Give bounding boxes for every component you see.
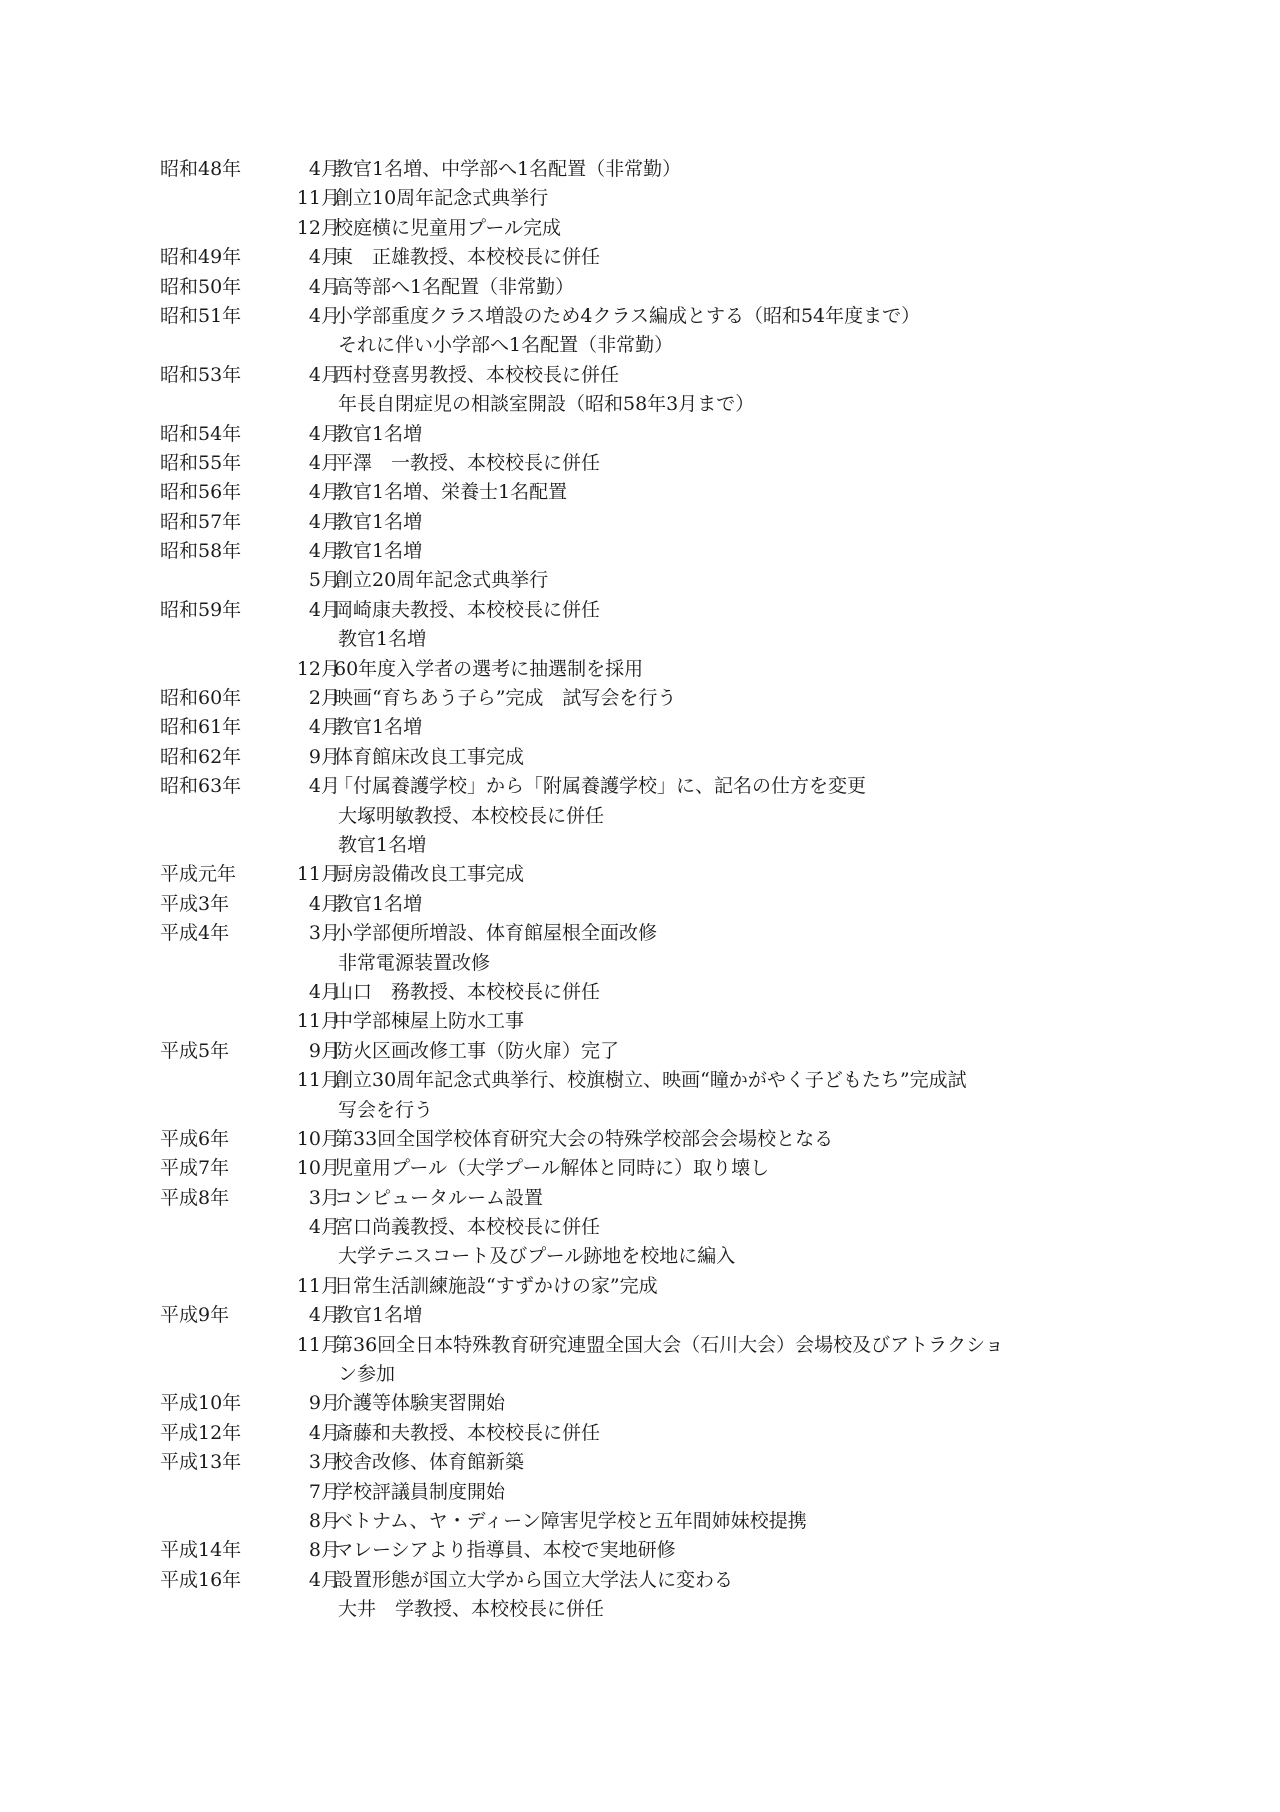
entry-text: 斎藤和夫教授、本校校長に併任: [334, 1419, 600, 1448]
entry-year: 平成6年: [160, 1125, 270, 1154]
entry-month: 9月: [260, 1389, 340, 1418]
timeline-entry: 4月宮口尚義教授、本校校長に併任: [160, 1213, 1160, 1242]
entry-year: 平成12年: [160, 1419, 270, 1448]
timeline-entry: ン参加: [160, 1360, 1160, 1389]
timeline-entry: 11月創立30周年記念式典挙行、校旗樹立、映画“瞳かがやく子どもたち”完成試: [160, 1066, 1160, 1095]
timeline-entry: 平成14年8月マレーシアより指導員、本校で実地研修: [160, 1536, 1160, 1565]
entry-text: 教官1名増: [334, 420, 422, 449]
entry-month: 5月: [260, 566, 340, 595]
entry-text: ベトナム、ヤ・ディーン障害児学校と五年間姉妹校提携: [334, 1507, 807, 1536]
entry-year: 昭和53年: [160, 361, 270, 390]
timeline-entry: 昭和55年4月平澤 一教授、本校校長に併任: [160, 449, 1160, 478]
entry-text: 学校評議員制度開始: [334, 1478, 505, 1507]
entry-month: 12月: [260, 655, 340, 684]
entry-month: 4月: [260, 361, 340, 390]
entry-text: 教官1名増: [334, 508, 422, 537]
entry-text: 高等部へ1名配置（非常勤）: [334, 273, 574, 302]
entry-year: 昭和51年: [160, 302, 270, 331]
entry-month: 4月: [260, 1566, 340, 1595]
timeline-entry: 11月中学部棟屋上防水工事: [160, 1007, 1160, 1036]
timeline-entry: 12月60年度入学者の選考に抽選制を採用: [160, 655, 1160, 684]
timeline-entry: 平成3年4月教官1名増: [160, 890, 1160, 919]
timeline-entry: 5月創立20周年記念式典挙行: [160, 566, 1160, 595]
timeline-entry: 平成元年11月厨房設備改良工事完成: [160, 860, 1160, 889]
timeline-entry: 平成8年3月コンピュータルーム設置: [160, 1184, 1160, 1213]
entry-text: 第36回全日本特殊教育研究連盟全国大会（石川大会）会場校及びアトラクショ: [334, 1331, 1004, 1360]
entry-year: 平成4年: [160, 919, 270, 948]
entry-continuation-text: それに伴い小学部へ1名配置（非常勤）: [338, 331, 673, 360]
entry-month: 4月: [260, 243, 340, 272]
entry-month: 11月: [260, 1007, 340, 1036]
entry-month: 9月: [260, 743, 340, 772]
entry-year: 平成元年: [160, 860, 270, 889]
timeline-entry: 4月山口 務教授、本校校長に併任: [160, 978, 1160, 1007]
entry-text: 山口 務教授、本校校長に併任: [334, 978, 600, 1007]
entry-text: 岡崎康夫教授、本校校長に併任: [334, 596, 600, 625]
timeline-entry: 平成13年3月校舎改修、体育館新築: [160, 1448, 1160, 1477]
entry-text: 教官1名増: [334, 713, 422, 742]
entry-text: 平澤 一教授、本校校長に併任: [334, 449, 600, 478]
entry-text: 教官1名増: [334, 890, 422, 919]
timeline-entry: 11月日常生活訓練施設“すずかけの家”完成: [160, 1272, 1160, 1301]
entry-month: 7月: [260, 1478, 340, 1507]
entry-text: 日常生活訓練施設“すずかけの家”完成: [334, 1272, 658, 1301]
entry-year: 昭和60年: [160, 684, 270, 713]
timeline-entry: 教官1名増: [160, 625, 1160, 654]
entry-continuation-text: 教官1名増: [338, 625, 426, 654]
timeline-entry: 平成10年9月介護等体験実習開始: [160, 1389, 1160, 1418]
entry-text: 第33回全国学校体育研究大会の特殊学校部会会場校となる: [334, 1125, 833, 1154]
timeline-entry: 7月学校評議員制度開始: [160, 1478, 1160, 1507]
entry-year: 昭和48年: [160, 155, 270, 184]
entry-month: 4月: [260, 537, 340, 566]
entry-continuation-text: 年長自閉症児の相談室開設（昭和58年3月まで）: [338, 390, 754, 419]
entry-text: 創立30周年記念式典挙行、校旗樹立、映画“瞳かがやく子どもたち”完成試: [334, 1066, 967, 1095]
entry-text: 宮口尚義教授、本校校長に併任: [334, 1213, 600, 1242]
entry-year: 昭和50年: [160, 273, 270, 302]
entry-text: 教官1名増: [334, 1301, 422, 1330]
entry-continuation-text: 教官1名増: [338, 831, 426, 860]
timeline-entry: 12月校庭横に児童用プール完成: [160, 214, 1160, 243]
timeline-entry: 平成16年4月設置形態が国立大学から国立大学法人に変わる: [160, 1566, 1160, 1595]
entry-month: 10月: [260, 1125, 340, 1154]
entry-month: 4月: [260, 273, 340, 302]
entry-year: 平成5年: [160, 1037, 270, 1066]
entry-year: 昭和62年: [160, 743, 270, 772]
entry-continuation-text: 大塚明敏教授、本校校長に併任: [338, 802, 604, 831]
entry-year: 昭和57年: [160, 508, 270, 537]
entry-year: 平成16年: [160, 1566, 270, 1595]
entry-text: 教官1名増: [334, 537, 422, 566]
entry-text: 西村登喜男教授、本校校長に併任: [334, 361, 619, 390]
entry-month: 4月: [260, 449, 340, 478]
entry-text: 介護等体験実習開始: [334, 1389, 505, 1418]
timeline-entry: 昭和58年4月教官1名増: [160, 537, 1160, 566]
entry-continuation-text: 写会を行う: [338, 1096, 433, 1125]
timeline-entry: 昭和50年4月高等部へ1名配置（非常勤）: [160, 273, 1160, 302]
entry-text: マレーシアより指導員、本校で実地研修: [334, 1536, 676, 1565]
timeline-entry: 8月ベトナム、ヤ・ディーン障害児学校と五年間姉妹校提携: [160, 1507, 1160, 1536]
entry-continuation-text: 大学テニスコート及びプール跡地を校地に編入: [338, 1242, 735, 1271]
entry-year: 平成10年: [160, 1389, 270, 1418]
entry-text: 60年度入学者の選考に抽選制を採用: [334, 655, 643, 684]
entry-year: 平成13年: [160, 1448, 270, 1477]
timeline-entry: 昭和61年4月教官1名増: [160, 713, 1160, 742]
entry-month: 12月: [260, 214, 340, 243]
entry-year: 昭和54年: [160, 420, 270, 449]
timeline-entry: 教官1名増: [160, 831, 1160, 860]
timeline-entry: 平成6年10月第33回全国学校体育研究大会の特殊学校部会会場校となる: [160, 1125, 1160, 1154]
entry-month: 3月: [260, 919, 340, 948]
entry-year: 昭和58年: [160, 537, 270, 566]
entry-month: 4月: [260, 713, 340, 742]
entry-continuation-text: ン参加: [338, 1360, 395, 1389]
entry-month: 4月: [260, 890, 340, 919]
entry-continuation-text: 大井 学教授、本校校長に併任: [338, 1595, 604, 1624]
timeline-entry: 昭和59年4月岡崎康夫教授、本校校長に併任: [160, 596, 1160, 625]
timeline-entry: 昭和51年4月小学部重度クラス増設のため4クラス編成とする（昭和54年度まで）: [160, 302, 1160, 331]
entry-year: 昭和63年: [160, 772, 270, 801]
timeline-entry: 大塚明敏教授、本校校長に併任: [160, 802, 1160, 831]
entry-text: 校舎改修、体育館新築: [334, 1448, 524, 1477]
entry-month: 11月: [260, 1272, 340, 1301]
timeline-entry: 昭和63年4月「付属養護学校」から「附属養護学校」に、記名の仕方を変更: [160, 772, 1160, 801]
timeline-entry: 昭和48年4月教官1名増、中学部へ1名配置（非常勤）: [160, 155, 1160, 184]
entry-month: 4月: [260, 508, 340, 537]
timeline-entry: 11月創立10周年記念式典挙行: [160, 184, 1160, 213]
timeline-entry: 昭和57年4月教官1名増: [160, 508, 1160, 537]
timeline-entry: 昭和56年4月教官1名増、栄養士1名配置: [160, 478, 1160, 507]
entry-text: 小学部重度クラス増設のため4クラス編成とする（昭和54年度まで）: [334, 302, 920, 331]
entry-month: 10月: [260, 1154, 340, 1183]
entry-month: 4月: [260, 1213, 340, 1242]
entry-year: 平成9年: [160, 1301, 270, 1330]
entry-text: 創立20周年記念式典挙行: [334, 566, 548, 595]
entry-month: 8月: [260, 1507, 340, 1536]
document-page: 昭和48年4月教官1名増、中学部へ1名配置（非常勤）11月創立10周年記念式典挙…: [0, 0, 1280, 1812]
entry-year: 昭和59年: [160, 596, 270, 625]
entry-month: 3月: [260, 1184, 340, 1213]
timeline-entry: 写会を行う: [160, 1096, 1160, 1125]
entry-year: 昭和49年: [160, 243, 270, 272]
timeline-entry: 昭和62年9月体育館床改良工事完成: [160, 743, 1160, 772]
entry-text: 厨房設備改良工事完成: [334, 860, 524, 889]
entry-month: 4月: [260, 978, 340, 1007]
entry-month: 4月: [260, 1419, 340, 1448]
entry-month: 9月: [260, 1037, 340, 1066]
entry-text: 教官1名増、栄養士1名配置: [334, 478, 567, 507]
entry-month: 4月: [260, 478, 340, 507]
timeline-entry: 平成12年4月斎藤和夫教授、本校校長に併任: [160, 1419, 1160, 1448]
entry-month: 11月: [260, 1331, 340, 1360]
timeline-entry: 平成5年9月防火区画改修工事（防火扉）完了: [160, 1037, 1160, 1066]
timeline-entry: 昭和53年4月西村登喜男教授、本校校長に併任: [160, 361, 1160, 390]
entry-month: 4月: [260, 596, 340, 625]
entry-year: 平成8年: [160, 1184, 270, 1213]
entry-month: 2月: [260, 684, 340, 713]
entry-month: 11月: [260, 1066, 340, 1095]
timeline-entry: それに伴い小学部へ1名配置（非常勤）: [160, 331, 1160, 360]
entry-text: 体育館床改良工事完成: [334, 743, 524, 772]
timeline-entry: 大学テニスコート及びプール跡地を校地に編入: [160, 1242, 1160, 1271]
timeline-entry: 昭和60年2月映画“育ちあう子ら”完成 試写会を行う: [160, 684, 1160, 713]
history-timeline: 昭和48年4月教官1名増、中学部へ1名配置（非常勤）11月創立10周年記念式典挙…: [160, 155, 1160, 1625]
timeline-entry: 平成4年3月小学部便所増設、体育館屋根全面改修: [160, 919, 1160, 948]
entry-year: 昭和61年: [160, 713, 270, 742]
timeline-entry: 年長自閉症児の相談室開設（昭和58年3月まで）: [160, 390, 1160, 419]
timeline-entry: 昭和49年4月東 正雄教授、本校校長に併任: [160, 243, 1160, 272]
entry-text: 東 正雄教授、本校校長に併任: [334, 243, 600, 272]
entry-year: 昭和55年: [160, 449, 270, 478]
entry-text: コンピュータルーム設置: [334, 1184, 543, 1213]
entry-continuation-text: 非常電源装置改修: [338, 949, 490, 978]
entry-text: 校庭横に児童用プール完成: [334, 214, 561, 243]
entry-month: 11月: [260, 184, 340, 213]
entry-text: 「付属養護学校」から「附属養護学校」に、記名の仕方を変更: [334, 772, 866, 801]
timeline-entry: 平成7年10月児童用プール（大学プール解体と同時に）取り壊し: [160, 1154, 1160, 1183]
entry-month: 4月: [260, 420, 340, 449]
entry-text: 映画“育ちあう子ら”完成 試写会を行う: [334, 684, 676, 713]
timeline-entry: 非常電源装置改修: [160, 949, 1160, 978]
entry-month: 4月: [260, 302, 340, 331]
entry-text: 創立10周年記念式典挙行: [334, 184, 548, 213]
entry-text: 中学部棟屋上防水工事: [334, 1007, 524, 1036]
timeline-entry: 大井 学教授、本校校長に併任: [160, 1595, 1160, 1624]
entry-month: 4月: [260, 155, 340, 184]
timeline-entry: 平成9年4月教官1名増: [160, 1301, 1160, 1330]
entry-month: 3月: [260, 1448, 340, 1477]
entry-year: 平成14年: [160, 1536, 270, 1565]
entry-month: 4月: [260, 1301, 340, 1330]
entry-year: 昭和56年: [160, 478, 270, 507]
timeline-entry: 11月第36回全日本特殊教育研究連盟全国大会（石川大会）会場校及びアトラクショ: [160, 1331, 1160, 1360]
entry-text: 児童用プール（大学プール解体と同時に）取り壊し: [334, 1154, 769, 1183]
entry-year: 平成3年: [160, 890, 270, 919]
timeline-entry: 昭和54年4月教官1名増: [160, 420, 1160, 449]
entry-month: 8月: [260, 1536, 340, 1565]
entry-month: 11月: [260, 860, 340, 889]
entry-text: 教官1名増、中学部へ1名配置（非常勤）: [334, 155, 681, 184]
entry-text: 設置形態が国立大学から国立大学法人に変わる: [334, 1566, 733, 1595]
entry-text: 小学部便所増設、体育館屋根全面改修: [334, 919, 657, 948]
entry-text: 防火区画改修工事（防火扉）完了: [334, 1037, 619, 1066]
entry-month: 4月: [260, 772, 340, 801]
entry-year: 平成7年: [160, 1154, 270, 1183]
